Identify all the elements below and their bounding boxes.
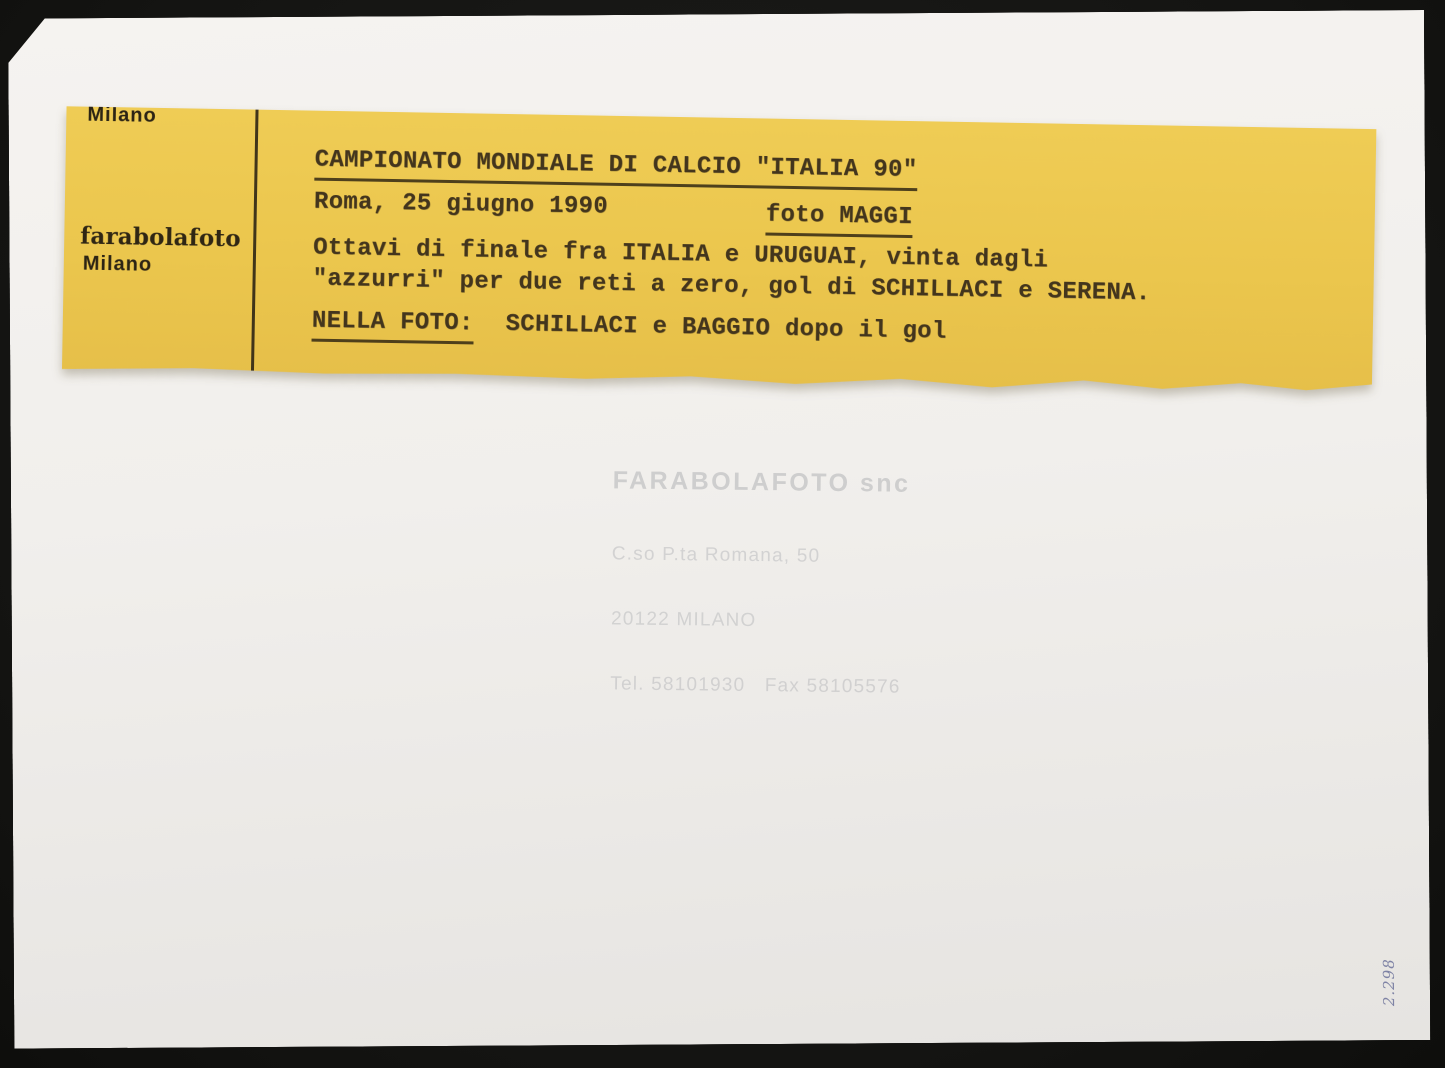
stamp-agency-name: FARABOLAFOTO snc: [612, 466, 910, 498]
agency-name: farabolafoto: [80, 223, 241, 253]
stamp-street: C.so P.ta Romana, 50: [612, 539, 910, 571]
caption-photo-credit: foto MAGGI: [765, 200, 913, 239]
caption-label: Milano farabolafoto Milano CAMPIONATO MO…: [62, 106, 1376, 395]
caption-dateline: Roma, 25 giugno 1990: [314, 189, 608, 221]
handwritten-archive-number: 2.298: [1359, 947, 1419, 1017]
agency-city: Milano: [83, 253, 153, 277]
caption-text-block: CAMPIONATO MONDIALE DI CALCIO "ITALIA 90…: [311, 111, 1360, 360]
nella-foto-label: NELLA FOTO:: [311, 306, 473, 345]
agency-column: Milano farabolafoto Milano: [62, 106, 256, 375]
stamp-city: 20122 MILANO: [611, 604, 909, 636]
caption-nella-foto-row: NELLA FOTO:SCHILLACI e BAGGIO dopo il go…: [311, 306, 1356, 360]
agency-address-stamp: FARABOLAFOTO snc C.so P.ta Romana, 50 20…: [610, 430, 911, 737]
caption-label-wrap: Milano farabolafoto Milano CAMPIONATO MO…: [62, 106, 1376, 395]
photo-paper-back: Milano farabolafoto Milano CAMPIONATO MO…: [8, 10, 1430, 1049]
stamp-phone: Tel. 58101930 Fax 58105576: [610, 669, 908, 701]
caption-title: CAMPIONATO MONDIALE DI CALCIO "ITALIA 90…: [314, 145, 917, 192]
nella-foto-text: SCHILLACI e BAGGIO dopo il gol: [505, 311, 946, 346]
agency-city-top: Milano: [87, 106, 157, 128]
